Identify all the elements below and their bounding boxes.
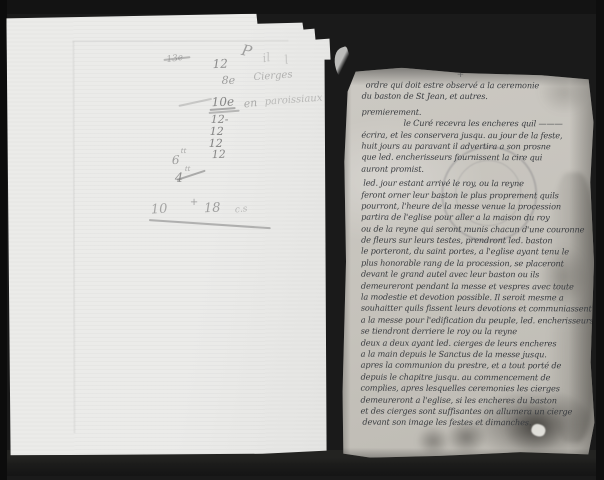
pencil-annotation: + [190,198,198,208]
scan-border-left [0,0,7,480]
manuscript-line: que led. encherisseurs fournissent la ci… [361,152,591,164]
pencil-annotation: 10 [151,203,168,217]
manuscript-line: ou de la reyne qui seront munis chacun d… [361,223,591,235]
manuscript-line: depuis le chapitre jusqu. au commencemen… [361,371,591,383]
manuscript-line: plus honorable rang de la procession, se… [361,257,591,269]
pencil-annotation: Cierges [253,70,293,83]
manuscript-line: se tiendront derriere le roy ou la reyne [361,326,591,338]
pencil-annotation: tt [181,148,187,155]
manuscript-line: la modestie et devotion possible. Il ser… [361,292,591,304]
manuscript-line: souhaitter quils fissent leurs devotions… [361,303,591,315]
scan-border-right [596,0,604,480]
manuscript-line: feront orner leur baston le plus proprem… [361,189,591,201]
pencil-annotation: P [240,43,253,60]
manuscript-line: a la main depuis le Sanctus de la messe … [361,349,591,361]
pencil-stroke [149,219,271,229]
manuscript-line: complies, apres lesquelles ceremonies le… [361,383,591,395]
manuscript-line: devant son image les festes et dimanches… [360,417,590,429]
manuscript-line: apres la communion du prestre, et a tout… [361,360,591,372]
manuscript-line: pourront, l'heure de la messe venue la p… [361,201,591,213]
manuscript-line: ordre qui doit estre observé a la ceremo… [362,80,592,92]
manuscript-line: demeureront a l'eglise, si les encheres … [360,394,590,406]
manuscript-line: de fleurs sur leurs testes, prendront le… [361,235,591,247]
manuscript-line: le porteront, du saint portes, a l'eglis… [361,246,591,258]
pencil-annotation: paroissiaux [264,94,322,108]
pencil-annotation: l [283,53,289,66]
left-page: 13e12Pill8eCierges10eenparoissiaux12-121… [6,13,332,456]
pencil-stroke [178,98,212,107]
manuscript-line: a la messe pour l'edification du peuple,… [361,314,591,326]
pencil-annotation: tt [185,166,191,173]
pencil-annotation: en [243,97,258,109]
manuscript-line: devant le grand autel avec leur baston o… [361,269,591,281]
inner-sheet-edge [72,41,75,433]
pencil-annotation: il [262,51,272,64]
manuscript-line: premierement. [361,106,591,118]
inner-sheet-edge [72,40,288,43]
pencil-annotation: 12 [210,126,224,137]
manuscript-line: deux a deux ayant led. cierges de leurs … [361,337,591,349]
manuscript-line: le Curé recevra les encheres quil ——— [361,118,591,130]
manuscript-line: demeureront pendant la messe et vespres … [361,280,591,292]
manuscript-line: partira de l'eglise pour aller a la mais… [361,212,591,224]
pencil-annotation: 6 [172,154,180,166]
pencil-annotation: 8e [222,75,236,86]
pencil-annotation: 12 [212,149,226,161]
manuscript-text-block: ordre qui doit estre observé a la ceremo… [360,80,591,430]
manuscript-line: écrira, et les conservera jusqu. au jour… [361,129,591,141]
pencil-annotation: 12 [212,58,228,71]
stain [416,426,450,456]
pencil-annotation: c.s [234,205,247,215]
manuscript-line: du baston de St Jean, et autres. [362,91,592,103]
right-page: + ordre qui doit estre observé a la cere… [340,62,597,461]
pencil-annotation: 12- [211,114,229,125]
manuscript-line: auront promist. [361,163,591,175]
manuscript-line: led. jour estant arrivé le roy, ou la re… [361,178,591,190]
pencil-annotation: 18 [204,202,221,216]
manuscript-line: huit jours au paravant il advertira a so… [361,141,591,153]
manuscript-line: et des cierges sont suffisantes on allum… [360,406,590,418]
